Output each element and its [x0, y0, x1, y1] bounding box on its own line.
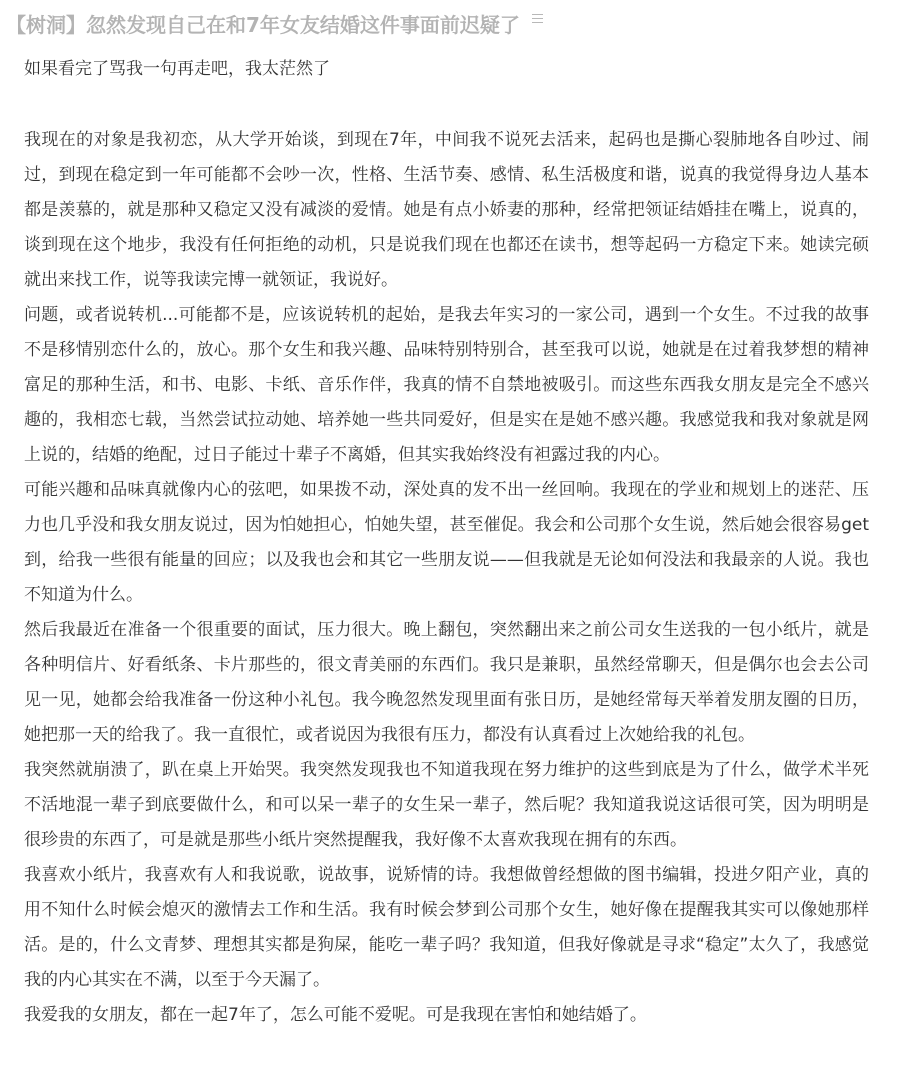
post-paragraph: 问题，或者说转机...可能都不是，应该说转机的起始，是我去年实习的一家公司，遇到…: [24, 298, 869, 473]
post-paragraph: 然后我最近在准备一个很重要的面试，压力很大。晚上翻包，突然翻出来之前公司女生送我…: [24, 613, 869, 753]
post-subtitle: 如果看完了骂我一句再走吧，我太茫然了: [24, 55, 330, 83]
post-title-row: 【树洞】忽然发现自己在和7年女友结婚这件事面前迟疑了: [6, 6, 543, 40]
post-paragraph: 我突然就崩溃了，趴在桌上开始哭。我突然发现我也不知道我现在努力维护的这些到底是为…: [24, 753, 869, 858]
hamburger-menu-icon[interactable]: [532, 14, 543, 23]
menu-icon-line: [532, 22, 543, 23]
post-paragraph: 可能兴趣和品味真就像内心的弦吧，如果拨不动，深处真的发不出一丝回响。我现在的学业…: [24, 473, 869, 613]
post-paragraph: 我爱我的女朋友，都在一起7年了，怎么可能不爱呢。可是我现在害怕和她结婚了。: [24, 998, 869, 1033]
post-body: 我现在的对象是我初恋，从大学开始谈，到现在7年，中间我不说死去活来，起码也是撕心…: [24, 123, 869, 1033]
post-paragraph: 我现在的对象是我初恋，从大学开始谈，到现在7年，中间我不说死去活来，起码也是撕心…: [24, 123, 869, 298]
post-title: 【树洞】忽然发现自己在和7年女友结婚这件事面前迟疑了: [6, 9, 520, 38]
menu-icon-line: [532, 14, 543, 15]
menu-icon-line: [532, 18, 543, 19]
post-paragraph: 我喜欢小纸片，我喜欢有人和我说歌，说故事，说矫情的诗。我想做曾经想做的图书编辑，…: [24, 858, 869, 998]
